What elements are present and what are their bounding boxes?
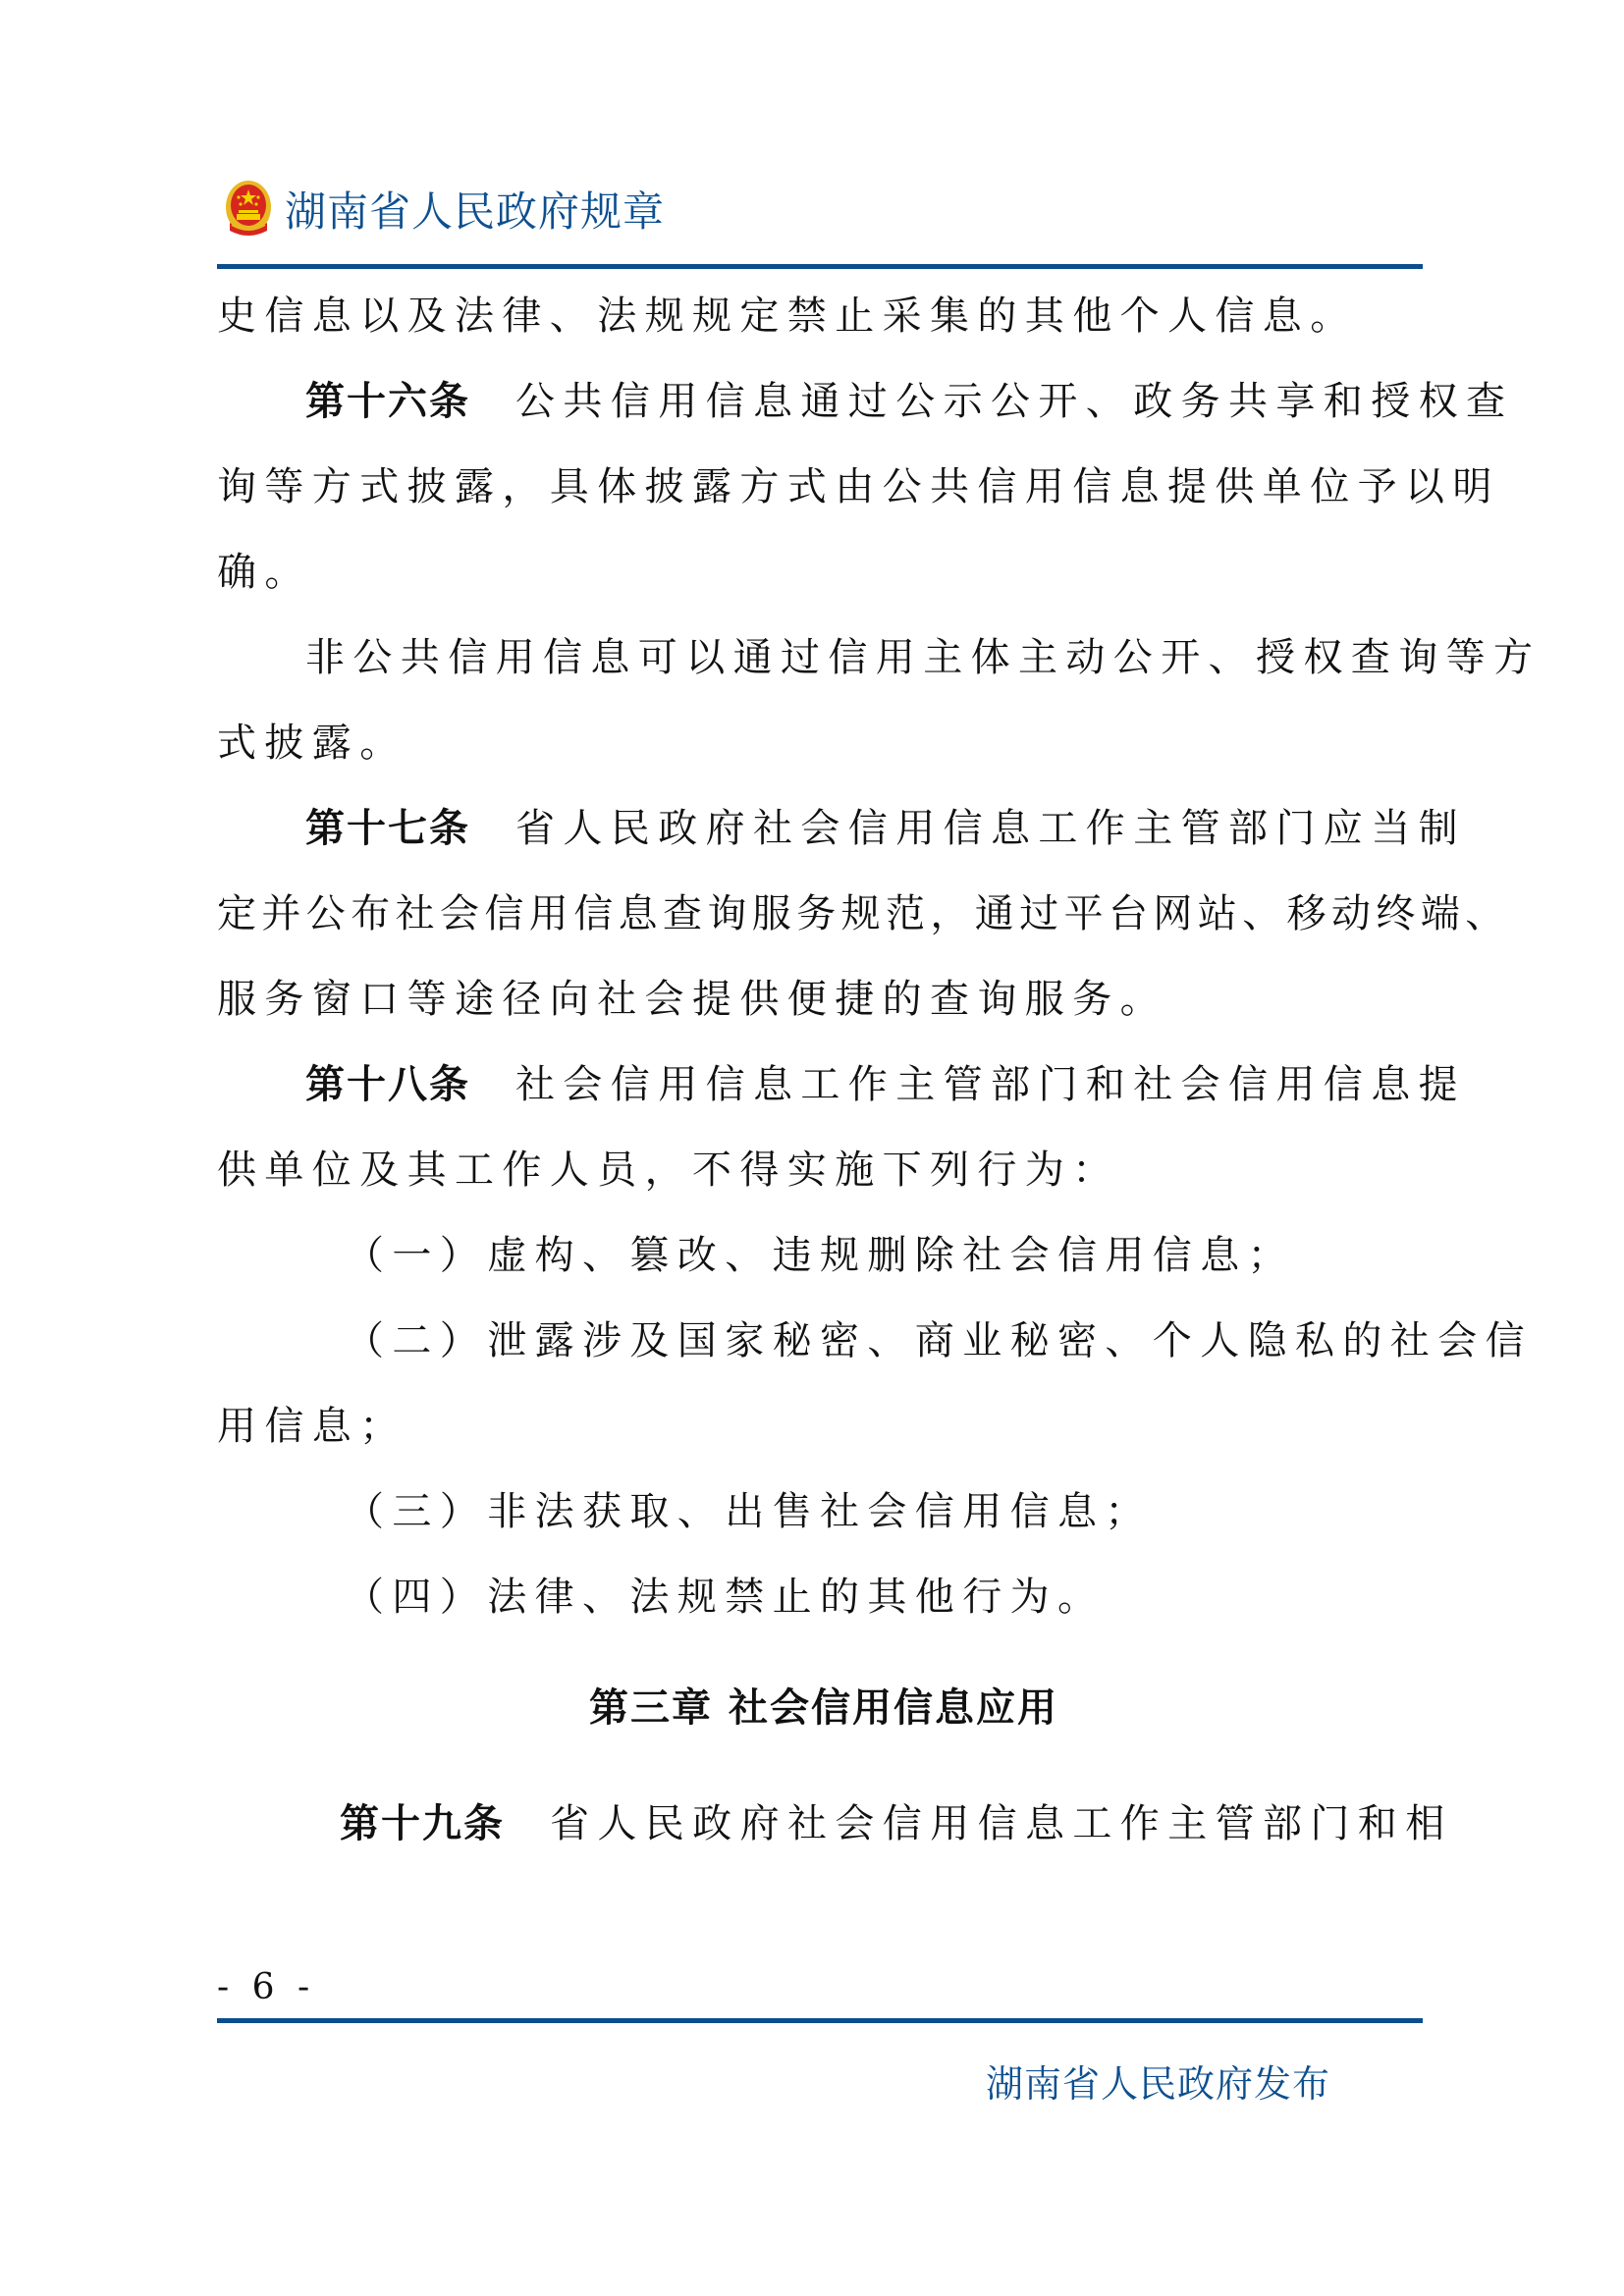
footer-divider	[217, 2018, 1423, 2023]
article-number: 第十六条	[305, 379, 470, 424]
paragraph-line: 服务窗口等途径向社会提供便捷的查询服务。	[217, 970, 1167, 1029]
paragraph-line: 定并公布社会信用信息查询服务规范，通过平台网站、移动终端、	[217, 884, 1510, 943]
article-17-line: 第十七条省人民政府社会信用信息工作主管部门应当制	[305, 799, 1466, 858]
header-divider	[217, 264, 1423, 269]
chapter-title: 第三章 社会信用信息应用	[217, 1679, 1431, 1737]
paragraph-line: 询等方式披露，具体披露方式由公共信用信息提供单位予以明	[217, 457, 1500, 516]
header-title: 湖南省人民政府规章	[285, 180, 665, 239]
list-item: （一）虚构、篡改、违规删除社会信用信息；	[345, 1226, 1295, 1285]
page-number: - 6 -	[217, 1963, 315, 2012]
article-18-line: 第十八条社会信用信息工作主管部门和社会信用信息提	[305, 1055, 1466, 1114]
paragraph-line: 非公共信用信息可以通过信用主体主动公开、授权查询等方	[305, 628, 1541, 687]
list-item: （二）泄露涉及国家秘密、商业秘密、个人隐私的社会信	[345, 1311, 1533, 1370]
article-16-line: 第十六条公共信用信息通过公示公开、政务共享和授权查	[305, 372, 1513, 431]
article-number: 第十九条	[340, 1801, 505, 1846]
article-number: 第十七条	[305, 806, 470, 851]
paragraph-line: 史信息以及法律、法规规定禁止采集的其他个人信息。	[217, 287, 1358, 346]
document-header: 湖南省人民政府规章	[224, 175, 665, 243]
publisher-label: 湖南省人民政府发布	[986, 2059, 1330, 2109]
article-19-line: 第十九条省人民政府社会信用信息工作主管部门和相	[340, 1794, 1453, 1853]
national-emblem-icon	[224, 178, 273, 240]
paragraph-line: 式披露。	[217, 714, 407, 773]
paragraph-line: 确。	[217, 543, 312, 602]
list-item: （三）非法获取、出售社会信用信息；	[345, 1482, 1153, 1541]
paragraph-line: 供单位及其工作人员，不得实施下列行为：	[217, 1141, 1120, 1200]
article-number: 第十八条	[305, 1062, 470, 1107]
list-item: （四）法律、法规禁止的其他行为。	[345, 1568, 1105, 1627]
paragraph-line: 用信息；	[217, 1397, 407, 1456]
